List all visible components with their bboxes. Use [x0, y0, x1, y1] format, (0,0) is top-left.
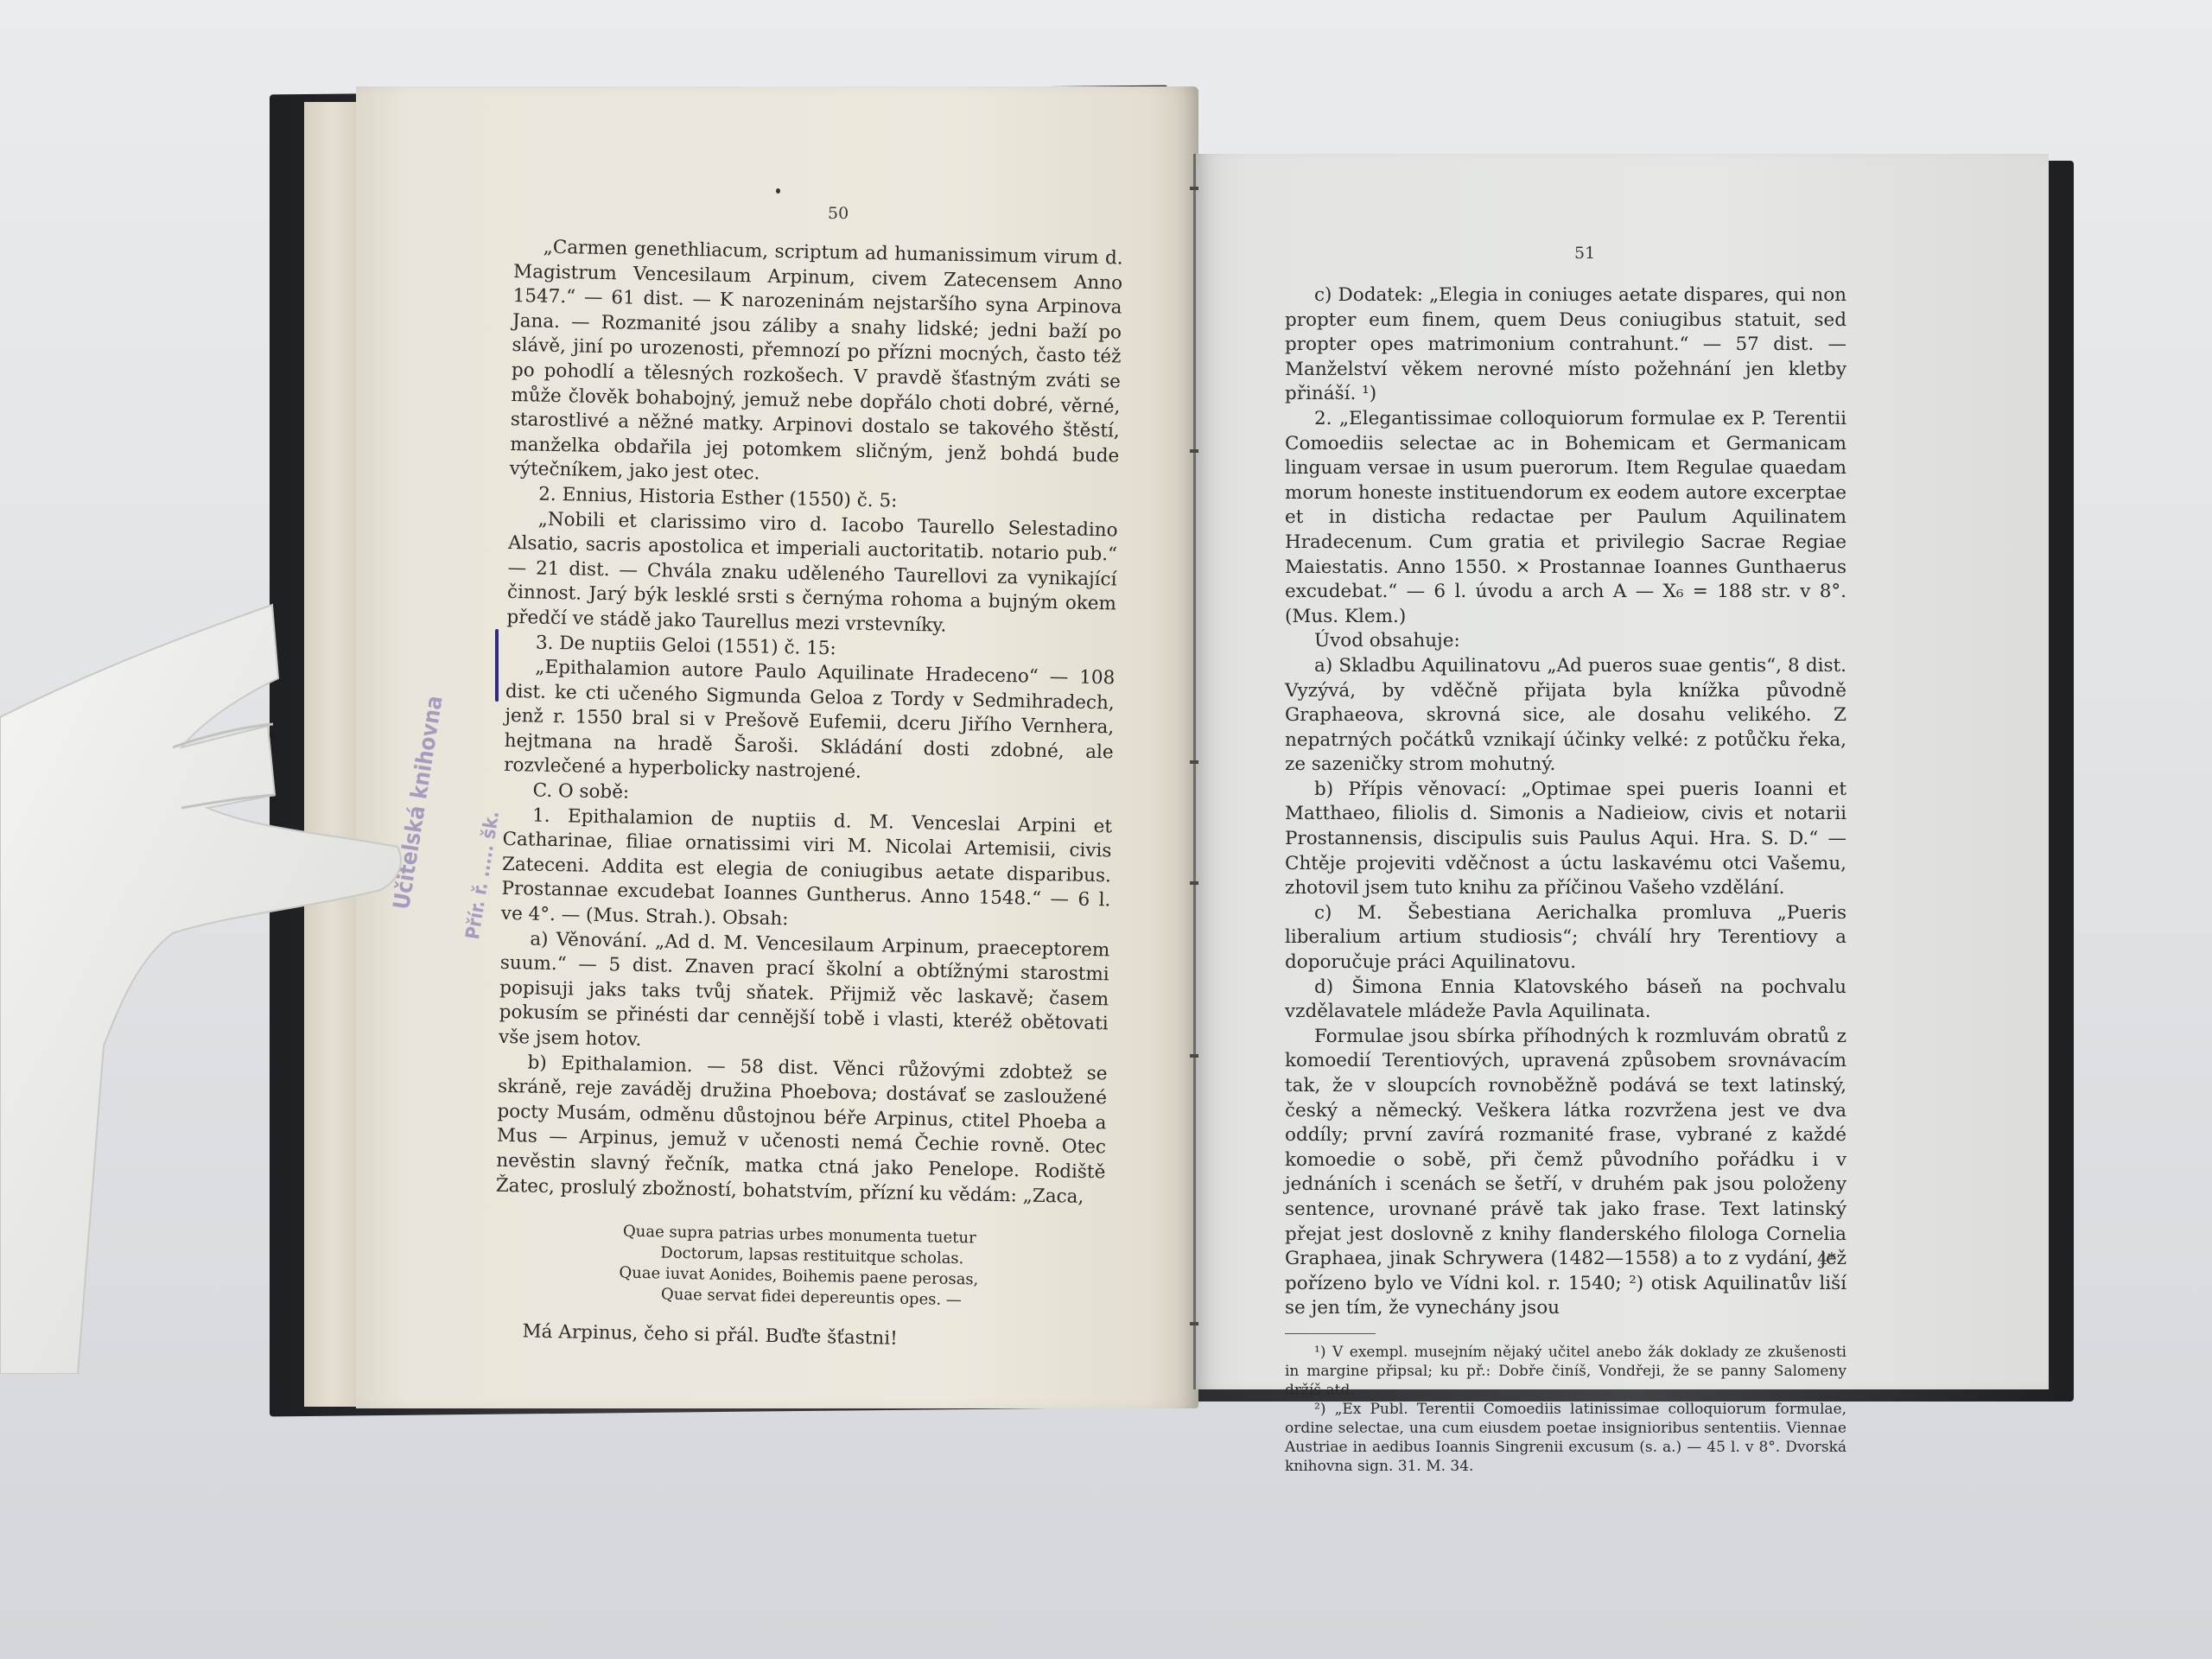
paragraph: b) Epithalamion. — 58 dist. Věnci růžový…: [496, 1050, 1108, 1210]
binding-stitch: [1190, 1054, 1198, 1058]
paragraph: „Nobili et clarissimo viro d. Iacobo Tau…: [506, 506, 1118, 641]
binding-stitch: [1190, 760, 1198, 764]
paragraph: c) M. Šebestiana Aerichalka promluva „Pu…: [1285, 901, 1847, 976]
paragraph: „Carmen genethliacum, scriptum ad humani…: [510, 235, 1123, 493]
paragraph: d) Šimona Ennia Klatovského báseň na poc…: [1285, 976, 1847, 1025]
paragraph: Formulae jsou sbírka příhodných k rozmlu…: [1285, 1025, 1847, 1321]
paragraph: c) Dodatek: „Elegia in coniuges aetate d…: [1285, 283, 1847, 407]
binding-stitch: [1190, 881, 1198, 885]
photo-scene: 50 „Carmen genethliacum, scriptum ad hum…: [0, 0, 2212, 1659]
right-page-text: c) Dodatek: „Elegia in coniuges aetate d…: [1285, 283, 1847, 1476]
binding-stitch: [1190, 1322, 1198, 1325]
paragraph: Úvod obsahuje:: [1285, 629, 1847, 654]
paragraph: b) Přípis věnovací: „Optimae spei pueris…: [1285, 778, 1847, 901]
paragraph: 2. „Elegantissimae colloquiorum formulae…: [1285, 407, 1847, 629]
footnotes: ¹) V exempl. musejním nějaký učitel aneb…: [1285, 1343, 1847, 1476]
book-gutter: [1193, 154, 1196, 1389]
ink-spot: [776, 188, 780, 194]
footnote-rule: [1285, 1333, 1376, 1334]
pen-mark: [495, 629, 499, 702]
paragraph: „Epithalamion autore Paulo Aquilinate Hr…: [504, 655, 1116, 790]
footnote: ¹) V exempl. musejním nějaký učitel aneb…: [1285, 1343, 1847, 1400]
paragraph: a) Skladbu Aquilinatovu „Ad pueros suae …: [1285, 654, 1847, 778]
signature-mark: 4*: [1817, 1249, 1836, 1268]
page-number-right: 51: [1574, 244, 1595, 263]
binding-stitch: [1190, 449, 1198, 453]
gloved-hand: [0, 596, 415, 1374]
paragraph: a) Věnování. „Ad d. M. Vencesilaum Arpin…: [499, 926, 1110, 1061]
page-number-left: 50: [828, 204, 849, 223]
footnote: ²) „Ex Publ. Terentii Comoediis latiniss…: [1285, 1400, 1847, 1476]
binding-stitch: [1190, 187, 1198, 190]
paragraph: 1. Epithalamion de nuptiis d. M. Vencesl…: [501, 804, 1113, 938]
stamp-line-2: Přír. ř. ..... šk.: [462, 810, 504, 941]
verse-quote: Quae supra patrias urbes monumenta tuetu…: [493, 1219, 1104, 1314]
left-page-text: „Carmen genethliacum, scriptum ad humani…: [493, 235, 1123, 1356]
